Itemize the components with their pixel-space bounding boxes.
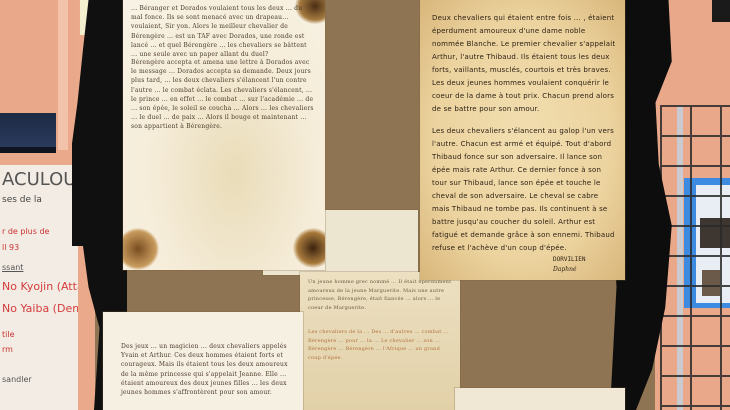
paper-strip-bottom xyxy=(455,388,625,410)
story-paragraph: Deux chevaliers qui étaient entre fois .… xyxy=(432,12,617,116)
story-paper-bottom-left: Des jeux ... un magicien ... deux cheval… xyxy=(103,312,303,410)
dark-monitor xyxy=(0,113,56,153)
wire-grid-panel xyxy=(660,105,730,410)
window-frame xyxy=(58,0,68,150)
story-paragraph: ... Béranger et Dorados voulaient tous l… xyxy=(131,4,315,59)
poster-line: rm xyxy=(2,345,13,354)
poster-line: No Kyojin (Atta xyxy=(2,280,78,293)
dark-object xyxy=(712,0,730,22)
author-firstname: Daphné xyxy=(553,266,577,273)
story-paragraph: Les deux chevaliers s'élancent au galop … xyxy=(432,125,617,255)
story-paper-top-right: Deux chevaliers qui étaient entre fois .… xyxy=(420,0,625,280)
poster-line: tile xyxy=(2,330,15,339)
left-poster: ACULOU ses de la r de plus de ll 93 ssan… xyxy=(0,165,78,410)
story-paper-top-left: ... Béranger et Dorados voulaient tous l… xyxy=(123,0,325,270)
story-paragraph: Les chevaliers de la ... Des ... d'autre… xyxy=(308,328,454,362)
display-board-photo: ACULOU ses de la r de plus de ll 93 ssan… xyxy=(0,0,730,410)
poster-line: r de plus de xyxy=(2,227,49,236)
poster-line: ll 93 xyxy=(2,243,19,252)
poster-line: ssant xyxy=(2,263,23,272)
burn-mark xyxy=(293,228,325,268)
poster-line: No Yaiba (Demo xyxy=(2,302,78,315)
author-surname: DORVILIEN xyxy=(553,256,586,263)
story-paragraph: Des jeux ... un magicien ... deux cheval… xyxy=(121,342,296,397)
poster-line: ses de la xyxy=(2,195,42,205)
story-paragraph: Bérengère accepta et amena une lettre à … xyxy=(131,58,315,132)
poster-line: sandler xyxy=(2,375,32,384)
burn-mark xyxy=(123,228,159,270)
story-paragraph: Un jeune homme grec nommé ... Il était é… xyxy=(308,278,454,312)
poster-title: ACULOU xyxy=(2,169,76,190)
story-paper-bottom-center: Un jeune homme grec nommé ... Il était é… xyxy=(300,272,460,410)
